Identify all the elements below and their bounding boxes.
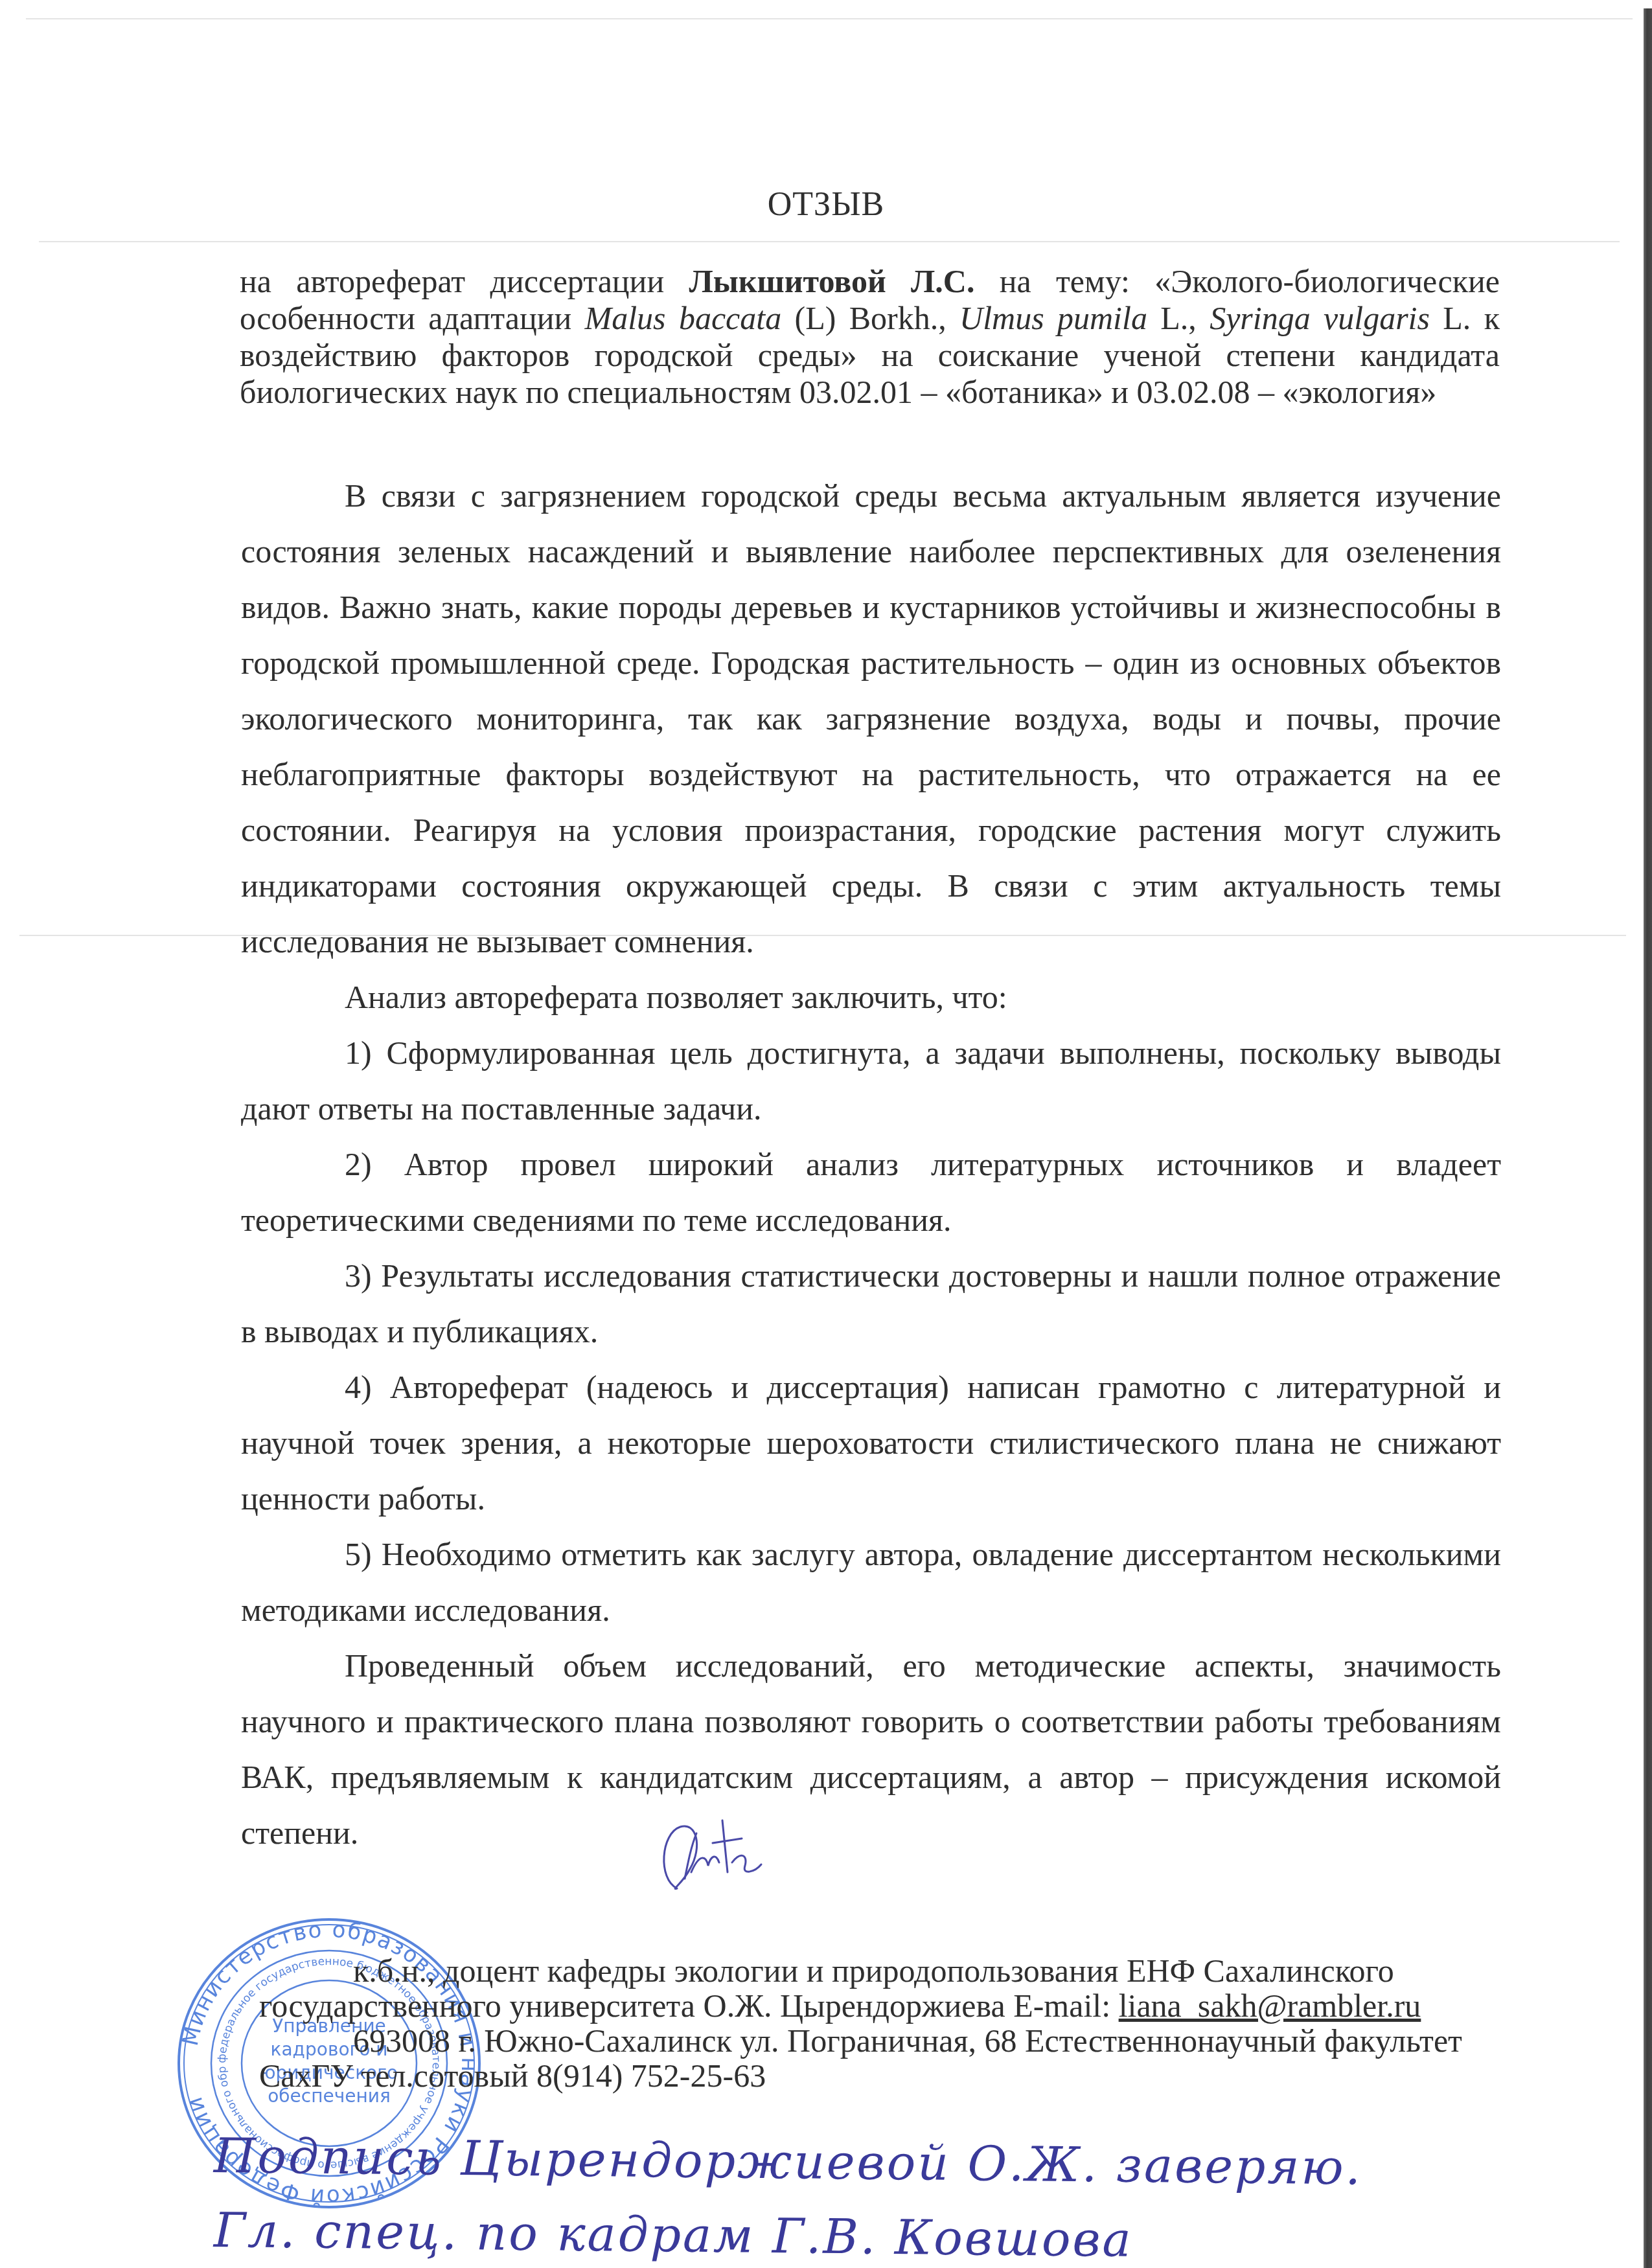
scan-edge (1644, 8, 1652, 2268)
paragraph-analysis-intro: Анализ автореферата позволяет заключить,… (241, 969, 1501, 1025)
reviewer-address: 693008 г. Южно-Сахалинск ул. Пограничная… (259, 2023, 1516, 2058)
heading-prefix: на автореферат диссертации (240, 263, 689, 299)
list-item-3: 3) Результаты исследования статистически… (241, 1248, 1501, 1359)
author-name: Лыкшитовой Л.С. (689, 263, 974, 299)
document-title: ОТЗЫВ (0, 188, 1652, 222)
reviewer-info: к.б.н., доцент кафедры экологии и природ… (259, 1953, 1516, 2093)
list-item-5: 5) Необходимо отметить как заслугу автор… (241, 1526, 1501, 1638)
species-malus-authority: (L) Borkh., (781, 300, 959, 336)
reviewer-phone: СахГУ тел.сотовый 8(914) 752-25-63 (259, 2058, 1516, 2093)
list-item-4: 4) Автореферат (надеюсь и диссертация) н… (241, 1359, 1501, 1526)
reviewer-position: к.б.н., доцент кафедры экологии и природ… (259, 1953, 1516, 1988)
species-syringa: Syringa vulgaris (1210, 300, 1430, 336)
signature-icon (651, 1807, 781, 1898)
review-body: В связи с загрязнением городской среды в… (241, 468, 1501, 1861)
paragraph-relevance: В связи с загрязнением городской среды в… (241, 468, 1501, 969)
scan-artifact-line (26, 18, 1633, 19)
reviewer-name-line: государственного университета О.Ж. Цырен… (259, 1988, 1516, 2023)
species-ulmus: Ulmus pumila (959, 300, 1147, 336)
species-malus: Malus baccata (585, 300, 782, 336)
email-link[interactable]: liana_sakh@rambler.ru (1119, 1987, 1421, 2024)
paragraph-conclusion: Проведенный объем исследований, его мето… (241, 1638, 1501, 1861)
list-item-1: 1) Сформулированная цель достигнута, а з… (241, 1025, 1501, 1136)
species-ulmus-authority: L., (1147, 300, 1210, 336)
reviewer-name: государственного университета О.Ж. Цырен… (259, 1987, 1119, 2024)
scan-artifact-line (39, 241, 1620, 242)
list-item-2: 2) Автор провел широкий анализ литератур… (241, 1136, 1501, 1248)
review-subject: на автореферат диссертации Лыкшитовой Л.… (240, 263, 1500, 411)
handwritten-hr-signoff: Гл. спец. по кадрам Г.В. Ковшова (214, 2203, 1543, 2268)
